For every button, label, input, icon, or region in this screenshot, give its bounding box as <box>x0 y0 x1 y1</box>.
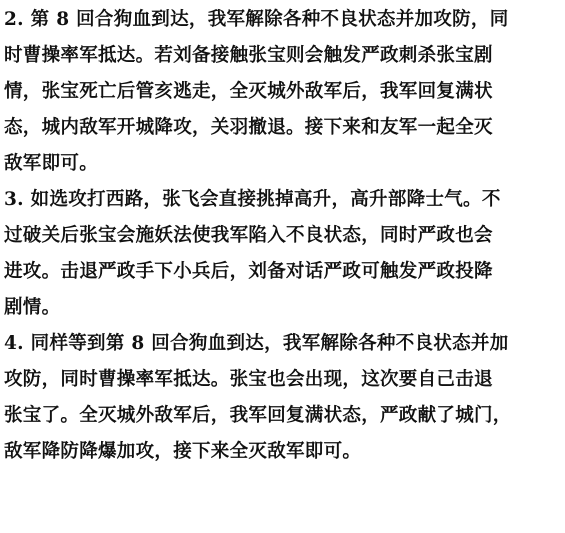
text-line: 敌军降防降爆加攻，接下来全灭敌军即可。 <box>4 434 361 470</box>
text-line: 时曹操率军抵达。若刘备接触张宝则会触发严政刺杀张宝剧 <box>4 38 493 74</box>
text-line: 4. 同样等到第 8 回合狗血到达，我军解除各种不良状态并加 <box>4 326 509 362</box>
text-line: 2. 第 8 回合狗血到达，我军解除各种不良状态并加攻防，同 <box>4 2 509 38</box>
text-line: 进攻。击退严政手下小兵后，刘备对话严政可触发严政投降 <box>4 254 493 290</box>
text-line: 3. 如选攻打西路，张飞会直接挑掉高升，高升部降士气。不 <box>4 182 501 218</box>
text-line: 态，城内敌军开城降攻，关羽撤退。接下来和友军一起全灭 <box>4 110 493 146</box>
text-line: 敌军即可。 <box>4 146 98 182</box>
text-line: 过破关后张宝会施妖法使我军陷入不良状态，同时严政也会 <box>4 218 493 254</box>
text-line: 剧情。 <box>4 290 60 326</box>
text-line: 情，张宝死亡后管亥逃走，全灭城外敌军后，我军回复满状 <box>4 74 493 110</box>
text-line: 张宝了。全灭城外敌军后，我军回复满状态，严政献了城门， <box>4 398 512 434</box>
text-line: 攻防，同时曹操率军抵达。张宝也会出现，这次要自己击退 <box>4 362 493 398</box>
